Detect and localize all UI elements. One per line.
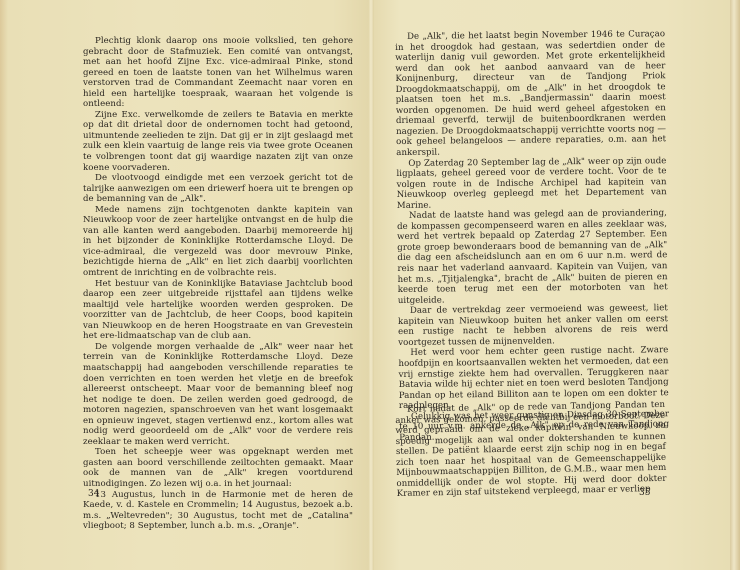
paragraph: Op Zaterdag 20 September lag de „Alk" we…	[396, 156, 667, 212]
page-edge	[730, 0, 740, 570]
right-page-text-section-2: Kort nadat de „Alk" op de rede van Tandj…	[395, 400, 667, 500]
paragraph: Toen het scheepje weer was opgeknapt wer…	[83, 447, 353, 489]
paragraph: De vlootvoogd eindigde met een verzoek g…	[83, 173, 353, 205]
page-number-left: 34	[88, 489, 99, 499]
paragraph: 13 Augustus, lunch in de Harmonie met de…	[83, 490, 353, 532]
book-spread: Plechtig klonk daarop ons mooie volkslie…	[0, 0, 740, 570]
paragraph: Plechtig klonk daarop ons mooie volkslie…	[83, 36, 353, 110]
paragraph: Nadat de laatste hand was gelegd aan de …	[397, 208, 668, 306]
page-number-right: 35	[639, 488, 650, 498]
paragraph: Zijne Exc. verwelkomde de zeilers te Bat…	[83, 110, 353, 173]
left-page-text: Plechtig klonk daarop ons mooie volkslie…	[83, 36, 353, 532]
paragraph: Mede namens zijn tochtgenoten dankte kap…	[83, 205, 353, 279]
right-page-text: De „Alk", die het laatst begin November …	[395, 29, 669, 443]
paragraph: Daar de vertrekdag zeer vermoeiend was g…	[398, 303, 668, 348]
paragraph: Het bestuur van de Koninklijke Bataviase…	[83, 279, 353, 342]
book-gutter	[368, 0, 374, 570]
paragraph: De „Alk", die het laatst begin November …	[395, 29, 666, 158]
paragraph: Kort nadat de „Alk" op de rede van Tandj…	[395, 400, 667, 500]
paragraph: De volgende morgen verhaalde de „Alk" we…	[83, 342, 353, 447]
